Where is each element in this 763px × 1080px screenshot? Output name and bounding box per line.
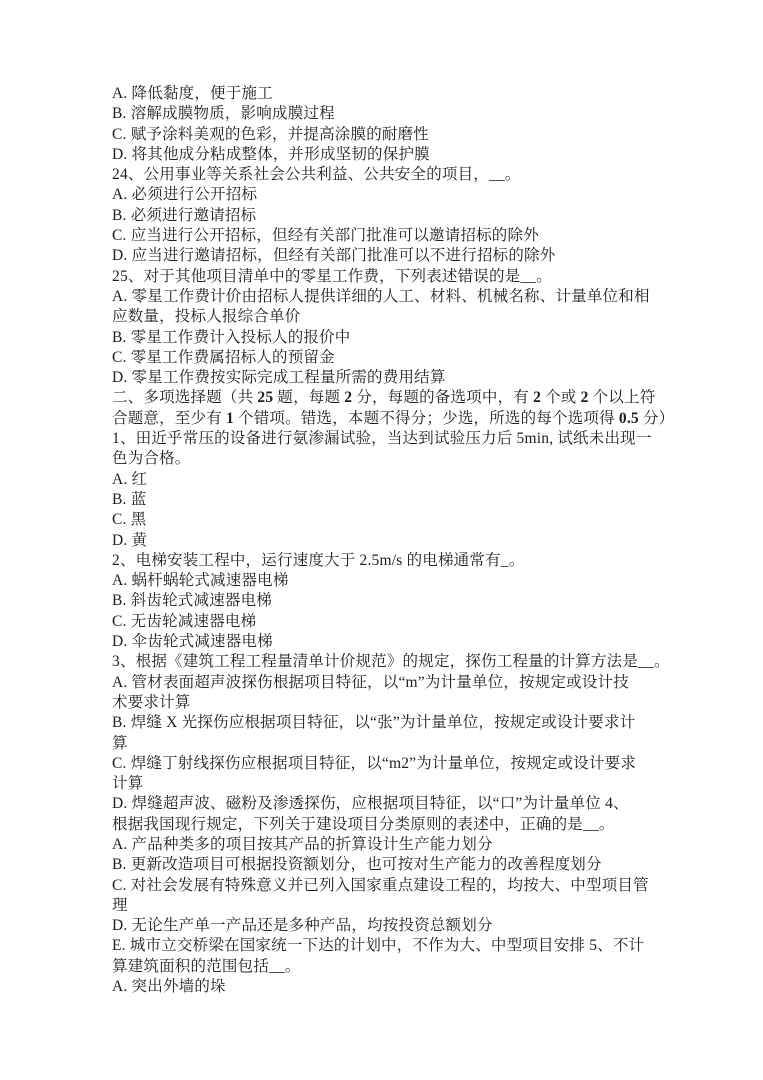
text-run: 1、田近乎常压的设备进行氨渗漏试验，当达到试验压力后 5min, 试纸未出现一 — [112, 430, 652, 447]
text-run: C. 零星工作费属招标人的预留金 — [112, 349, 335, 366]
text-run: B. 零星工作费计入投标人的报价中 — [112, 329, 351, 346]
text-run: 24、公用事业等关系社会公共利益、公共安全的项目，__。 — [112, 166, 521, 183]
text-run: C. 对社会发展有特殊意义并已列入国家重点建设工程的，均按大、中型项目管 — [112, 877, 649, 894]
text-run: 分，每题的备选项中，有 — [352, 389, 533, 406]
text-line: 应数量，投标人报综合单价 — [112, 307, 668, 327]
text-line: A. 蜗杆蜗轮式减速器电梯 — [112, 571, 668, 591]
text-line: 二、多项选择题（共 25 题，每题 2 分，每题的备选项中，有 2 个或 2 个… — [112, 388, 668, 408]
text-line: C. 黑 — [112, 510, 668, 530]
text-line: B. 零星工作费计入投标人的报价中 — [112, 328, 668, 348]
text-run: 理 — [112, 897, 128, 914]
text-line: B. 斜齿轮式减速器电梯 — [112, 591, 668, 611]
text-line: E. 城市立交桥梁在国家统一下达的计划中，不作为大、中型项目安排 5、不计 — [112, 936, 668, 956]
text-line: A. 零星工作费计价由招标人提供详细的人工、材料、机械名称、计量单位和相 — [112, 287, 668, 307]
text-line: 术要求计算 — [112, 693, 668, 713]
text-line: C. 对社会发展有特殊意义并已列入国家重点建设工程的，均按大、中型项目管 — [112, 876, 668, 896]
text-run: A. 蜗杆蜗轮式减速器电梯 — [112, 572, 289, 589]
text-line: A. 必须进行公开招标 — [112, 185, 668, 205]
text-run: A. 产品种类多的项目按其产品的折算设计生产能力划分 — [112, 836, 493, 853]
text-run: 算 — [112, 735, 128, 752]
text-line: A. 管材表面超声波探伤根据项目特征，以“m”为计量单位，按规定或设计技 — [112, 673, 668, 693]
text-line: B. 焊缝 X 光探伤应根据项目特征，以“张”为计量单位，按规定或设计要求计 — [112, 713, 668, 733]
text-line: C. 应当进行公开招标，但经有关部门批准可以邀请招标的除外 — [112, 226, 668, 246]
text-line: C. 焊缝丁射线探伤应根据项目特征，以“m2”为计量单位，按规定或设计要求 — [112, 754, 668, 774]
text-run: A. 突出外墙的垛 — [112, 978, 226, 995]
text-line: D. 将其他成分粘成整体，并形成坚韧的保护膜 — [112, 145, 668, 165]
text-line: 算建筑面积的范围包括__。 — [112, 957, 668, 977]
text-run: B. 斜齿轮式减速器电梯 — [112, 592, 272, 609]
text-line: A. 产品种类多的项目按其产品的折算设计生产能力划分 — [112, 835, 668, 855]
text-run: 算建筑面积的范围包括__。 — [112, 958, 301, 975]
text-line: B. 溶解成膜物质，影响成膜过程 — [112, 104, 668, 124]
text-run: 应数量，投标人报综合单价 — [112, 308, 300, 325]
text-run: B. 焊缝 X 光探伤应根据项目特征，以“张”为计量单位，按规定或设计要求计 — [112, 714, 635, 731]
text-line: B. 蓝 — [112, 490, 668, 510]
text-run: D. 伞齿轮式减速器电梯 — [112, 633, 273, 650]
text-line: D. 焊缝超声波、磁粉及渗透探伤，应根据项目特征，以“口”为计量单位 4、 — [112, 794, 668, 814]
text-run: 2、电梯安装工程中，运行速度大于 2.5m/s 的电梯通常有_。 — [112, 552, 524, 569]
bold-text-run: 2 — [533, 389, 541, 406]
text-run: A. 红 — [112, 471, 147, 488]
text-run: A. 零星工作费计价由招标人提供详细的人工、材料、机械名称、计量单位和相 — [112, 288, 650, 305]
text-run: 色为合格。 — [112, 450, 191, 467]
text-run: C. 焊缝丁射线探伤应根据项目特征，以“m2”为计量单位，按规定或设计要求 — [112, 755, 636, 772]
text-run: D. 黄 — [112, 532, 147, 549]
text-run: A. 降低黏度，便于施工 — [112, 85, 273, 102]
text-run: 个以上符 — [589, 389, 656, 406]
text-line: 25、对于其他项目清单中的零星工作费，下列表述错误的是__。 — [112, 267, 668, 287]
text-run: 术要求计算 — [112, 694, 191, 711]
text-line: D. 黄 — [112, 531, 668, 551]
text-line: C. 赋予涂料美观的色彩，并提高涂膜的耐磨性 — [112, 125, 668, 145]
text-line: 1、田近乎常压的设备进行氨渗漏试验，当达到试验压力后 5min, 试纸未出现一 — [112, 429, 668, 449]
bold-text-run: 1 — [226, 410, 234, 427]
text-line: 算 — [112, 734, 668, 754]
text-run: 计算 — [112, 775, 143, 792]
text-run: 分） — [639, 410, 674, 427]
text-run: 合题意，至少有 — [112, 410, 226, 427]
text-run: 3、根据《建筑工程工程量清单计价规范》的规定，探伤工程量的计算方法是__。 — [112, 653, 670, 670]
text-run: D. 无论生产单一产品还是多种产品，均按投资总额划分 — [112, 917, 493, 934]
text-line: 合题意，至少有 1 个错项。错选，本题不得分；少选，所选的每个选项得 0.5 分… — [112, 409, 668, 429]
text-run: D. 焊缝超声波、磁粉及渗透探伤，应根据项目特征，以“口”为计量单位 4、 — [112, 795, 629, 812]
text-line: A. 突出外墙的垛 — [112, 977, 668, 997]
text-run: 二、多项选择题（共 — [112, 389, 257, 406]
exam-text-block: A. 降低黏度，便于施工B. 溶解成膜物质，影响成膜过程C. 赋予涂料美观的色彩… — [112, 84, 668, 997]
text-run: B. 必须进行邀请招标 — [112, 207, 256, 224]
text-line: B. 更新改造项目可根据投资额划分，也可按对生产能力的改善程度划分 — [112, 855, 668, 875]
bold-text-run: 2 — [344, 389, 352, 406]
text-line: D. 零星工作费按实际完成工程量所需的费用结算 — [112, 368, 668, 388]
text-run: C. 黑 — [112, 511, 146, 528]
text-line: 色为合格。 — [112, 449, 668, 469]
text-run: D. 应当进行邀请招标，但经有关部门批准可以不进行招标的除外 — [112, 247, 555, 264]
text-run: B. 蓝 — [112, 491, 146, 508]
text-run: A. 必须进行公开招标 — [112, 186, 257, 203]
text-run: B. 更新改造项目可根据投资额划分，也可按对生产能力的改善程度划分 — [112, 856, 602, 873]
text-line: C. 零星工作费属招标人的预留金 — [112, 348, 668, 368]
text-run: D. 将其他成分粘成整体，并形成坚韧的保护膜 — [112, 146, 430, 163]
bold-text-run: 2 — [581, 389, 589, 406]
text-run: A. 管材表面超声波探伤根据项目特征，以“m”为计量单位，按规定或设计技 — [112, 674, 629, 691]
text-line: D. 伞齿轮式减速器电梯 — [112, 632, 668, 652]
text-run: 根据我国现行规定，下列关于建设项目分类原则的表述中，正确的是__。 — [112, 816, 615, 833]
text-run: 个错项。错选，本题不得分；少选，所选的每个选项得 — [234, 410, 619, 427]
text-run: B. 溶解成膜物质，影响成膜过程 — [112, 105, 335, 122]
text-line: A. 红 — [112, 470, 668, 490]
text-line: A. 降低黏度，便于施工 — [112, 84, 668, 104]
text-line: 计算 — [112, 774, 668, 794]
text-line: 根据我国现行规定，下列关于建设项目分类原则的表述中，正确的是__。 — [112, 815, 668, 835]
text-line: C. 无齿轮减速器电梯 — [112, 612, 668, 632]
text-run: 25、对于其他项目清单中的零星工作费，下列表述错误的是__。 — [112, 268, 552, 285]
text-run: 题，每题 — [273, 389, 344, 406]
text-line: B. 必须进行邀请招标 — [112, 206, 668, 226]
text-run: 个或 — [541, 389, 581, 406]
text-run: E. 城市立交桥梁在国家统一下达的计划中，不作为大、中型项目安排 5、不计 — [112, 937, 644, 954]
text-run: C. 赋予涂料美观的色彩，并提高涂膜的耐磨性 — [112, 126, 429, 143]
text-run: C. 应当进行公开招标，但经有关部门批准可以邀请招标的除外 — [112, 227, 539, 244]
bold-text-run: 25 — [257, 389, 273, 406]
text-line: 理 — [112, 896, 668, 916]
text-line: 24、公用事业等关系社会公共利益、公共安全的项目，__。 — [112, 165, 668, 185]
text-line: D. 应当进行邀请招标，但经有关部门批准可以不进行招标的除外 — [112, 246, 668, 266]
text-line: 2、电梯安装工程中，运行速度大于 2.5m/s 的电梯通常有_。 — [112, 551, 668, 571]
bold-text-run: 0.5 — [619, 410, 639, 427]
text-run: C. 无齿轮减速器电梯 — [112, 613, 256, 630]
text-line: 3、根据《建筑工程工程量清单计价规范》的规定，探伤工程量的计算方法是__。 — [112, 652, 668, 672]
text-run: D. 零星工作费按实际完成工程量所需的费用结算 — [112, 369, 446, 386]
exam-document-page: A. 降低黏度，便于施工B. 溶解成膜物质，影响成膜过程C. 赋予涂料美观的色彩… — [0, 0, 763, 1080]
text-line: D. 无论生产单一产品还是多种产品，均按投资总额划分 — [112, 916, 668, 936]
